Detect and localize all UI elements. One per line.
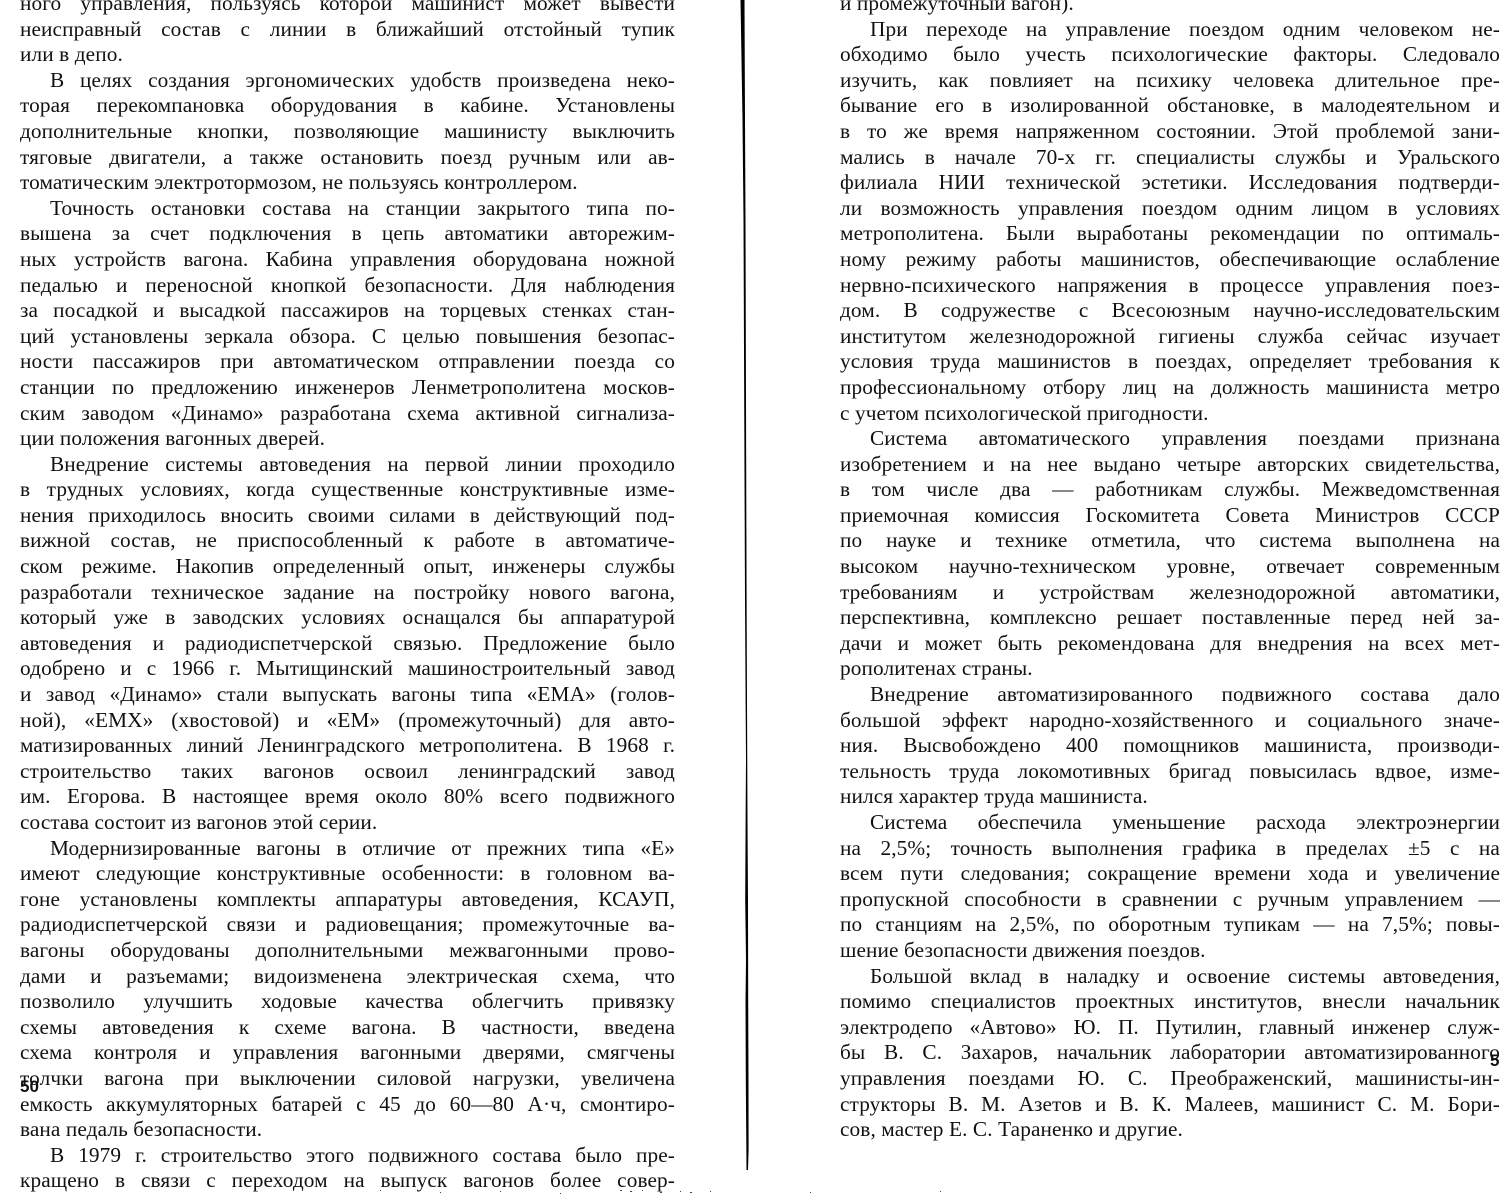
text-line: изобретением и на нее выдано четыре авто… bbox=[840, 452, 1500, 478]
text-line: При переходе на управление поездом одним… bbox=[840, 17, 1500, 43]
text-line: Внедрение автоматизированного подвижного… bbox=[840, 682, 1500, 708]
text-line: управления поездами Ю. С. Преображенский… bbox=[840, 1066, 1500, 1092]
text-line: схемы автоведения к схеме вагона. В част… bbox=[20, 1015, 675, 1041]
text-line: ному режиму работы машинистов, обеспечив… bbox=[840, 247, 1500, 273]
text-line: нервно-психического напряжения в процесс… bbox=[840, 273, 1500, 299]
text-line: перспективна, комплексно решает поставле… bbox=[840, 605, 1500, 631]
text-line: ния. Высвобождено 400 помощников машинис… bbox=[840, 733, 1500, 759]
text-line: всем пути следования; сокращение времени… bbox=[840, 861, 1500, 887]
text-line: Система обеспечила уменьшение расхода эл… bbox=[840, 810, 1500, 836]
text-line: одобрено и с 1966 г. Мытищинский машинос… bbox=[20, 656, 675, 682]
text-line: Точность остановки состава на станции за… bbox=[20, 196, 675, 222]
text-line: институтом железнодорожной гигиены служб… bbox=[840, 324, 1500, 350]
text-line: дами и разъемами; видоизменена электриче… bbox=[20, 964, 675, 990]
text-line: или в депо. bbox=[20, 42, 675, 68]
text-line: рополитенах страны. bbox=[840, 656, 1500, 682]
text-line: вижной состав, не приспособленный к рабо… bbox=[20, 528, 675, 554]
book-spine-gutter bbox=[740, 0, 750, 1200]
text-line: томатическим электротормозом, не пользуя… bbox=[20, 170, 675, 196]
text-line: в то же время напряженном состоянии. Это… bbox=[840, 119, 1500, 145]
text-line: ли возможность управления поездом одним … bbox=[840, 196, 1500, 222]
right-page-number: 5 bbox=[1490, 1051, 1499, 1071]
text-line: позволило улучшить ходовые качества обле… bbox=[20, 989, 675, 1015]
text-line: тяговые двигатели, а также остановить по… bbox=[20, 145, 675, 171]
text-line: и промежуточный вагон). bbox=[840, 0, 1500, 17]
text-line: ском режиме. Накопив определенный опыт, … bbox=[20, 554, 675, 580]
text-line: приемочная комиссия Госкомитета Совета М… bbox=[840, 503, 1500, 529]
text-line: с учетом психологической пригодности. bbox=[840, 401, 1500, 427]
text-line: по станциям на 2,5%, по оборотным тупика… bbox=[840, 912, 1500, 938]
text-line: ной), «ЕМХ» (хвостовой) и «ЕМ» (промежут… bbox=[20, 708, 675, 734]
text-line: шение безопасности движения поездов. bbox=[840, 938, 1500, 964]
text-line: толчки вагона при выключении силовой наг… bbox=[20, 1066, 675, 1092]
text-line: ных устройств вагона. Кабина управления … bbox=[20, 247, 675, 273]
text-line: вышена за счет подключения в цепь автома… bbox=[20, 221, 675, 247]
text-line: радиодиспетчерской связи и радиовещания;… bbox=[20, 912, 675, 938]
text-line: Система автоматического управления поезд… bbox=[840, 426, 1500, 452]
text-line: на 2,5%; точность выполнения графика в п… bbox=[840, 836, 1500, 862]
scan-noise bbox=[380, 1180, 1140, 1200]
text-line: нился характер труда машиниста. bbox=[840, 784, 1500, 810]
text-line: метрополитена. Были выработаны рекоменда… bbox=[840, 221, 1500, 247]
text-line: по науке и технике отметила, что система… bbox=[840, 528, 1500, 554]
text-line: автоведения и радиодиспетчерской связью.… bbox=[20, 631, 675, 657]
text-line: ций установлены зеркала обзора. С целью … bbox=[20, 324, 675, 350]
text-line: условия труда машинистов в поездах, опре… bbox=[840, 349, 1500, 375]
text-line: емкость аккумуляторных батарей с 45 до 6… bbox=[20, 1092, 675, 1118]
text-line: станции по предложению инженеров Ленметр… bbox=[20, 375, 675, 401]
text-line: Большой вклад в наладку и освоение систе… bbox=[840, 964, 1500, 990]
left-page-number: 50 bbox=[20, 1077, 39, 1097]
left-page: ного управления, пользуясь которой машин… bbox=[20, 0, 675, 1194]
text-line: в трудных условиях, когда существенные к… bbox=[20, 477, 675, 503]
text-line: неисправный состав с линии в ближайший о… bbox=[20, 17, 675, 43]
text-line: требованиям и устройствам железнодорожно… bbox=[840, 580, 1500, 606]
text-line: гоне установлены комплекты аппаратуры ав… bbox=[20, 887, 675, 913]
text-line: нения приходилось вносить своими силами … bbox=[20, 503, 675, 529]
text-line: в том числе два — работникам службы. Меж… bbox=[840, 477, 1500, 503]
text-line: филиала НИИ технической эстетики. Исслед… bbox=[840, 170, 1500, 196]
text-line: пропускной способности в сравнении с руч… bbox=[840, 887, 1500, 913]
text-line: матизированных линий Ленинградского метр… bbox=[20, 733, 675, 759]
text-line: дом. В содружестве с Всесоюзным научно-и… bbox=[840, 298, 1500, 324]
text-line: сов, мастер Е. С. Тараненко и другие. bbox=[840, 1117, 1500, 1143]
text-line: вана педаль безопасности. bbox=[20, 1117, 675, 1143]
right-page: и промежуточный вагон).При переходе на у… bbox=[840, 0, 1500, 1143]
text-line: Модернизированные вагоны в отличие от пр… bbox=[20, 836, 675, 862]
text-line: Внедрение системы автоведения на первой … bbox=[20, 452, 675, 478]
text-line: тельность труда локомотивных бригад повы… bbox=[840, 759, 1500, 785]
text-line: мались в начале 70-х гг. специалисты слу… bbox=[840, 145, 1500, 171]
text-line: дополнительные кнопки, позволяющие машин… bbox=[20, 119, 675, 145]
text-line: В целях создания эргономических удобств … bbox=[20, 68, 675, 94]
text-line: структоры В. М. Азетов и В. К. Малеев, м… bbox=[840, 1092, 1500, 1118]
text-line: им. Егорова. В настоящее время около 80%… bbox=[20, 784, 675, 810]
text-line: электродепо «Автово» Ю. П. Путилин, глав… bbox=[840, 1015, 1500, 1041]
text-line: обходимо было учесть психологические фак… bbox=[840, 42, 1500, 68]
text-line: изучить, как повлияет на психику человек… bbox=[840, 68, 1500, 94]
text-line: имеют следующие конструктивные особеннос… bbox=[20, 861, 675, 887]
text-line: разработали техническое задание на постр… bbox=[20, 580, 675, 606]
text-line: бы В. С. Захаров, начальник лаборатории … bbox=[840, 1040, 1500, 1066]
text-line: состава состоит из вагонов этой серии. bbox=[20, 810, 675, 836]
text-line: и завод «Динамо» стали выпускать вагоны … bbox=[20, 682, 675, 708]
text-line: ции положения вагонных дверей. bbox=[20, 426, 675, 452]
text-line: профессиональному отбору лиц на должност… bbox=[840, 375, 1500, 401]
text-line: ного управления, пользуясь которой машин… bbox=[20, 0, 675, 17]
text-line: помимо специалистов проектных институтов… bbox=[840, 989, 1500, 1015]
text-line: дачи и может быть рекомендована для внед… bbox=[840, 631, 1500, 657]
text-line: В 1979 г. строительство этого подвижного… bbox=[20, 1143, 675, 1169]
text-line: который уже в заводских условиях оснащал… bbox=[20, 605, 675, 631]
text-line: высоком научно-техническом уровне, отвеч… bbox=[840, 554, 1500, 580]
text-line: вагоны оборудованы дополнительными межва… bbox=[20, 938, 675, 964]
text-line: строительство таких вагонов освоил ленин… bbox=[20, 759, 675, 785]
text-line: педалью и переносной кнопкой безопасност… bbox=[20, 273, 675, 299]
text-line: бывание его в изолированной обстановке, … bbox=[840, 93, 1500, 119]
text-line: торая перекомпановка оборудования в каби… bbox=[20, 93, 675, 119]
text-line: ности пассажиров при автоматическом отпр… bbox=[20, 349, 675, 375]
text-line: ским заводом «Динамо» разработана схема … bbox=[20, 401, 675, 427]
text-line: схема контроля и управления вагонными дв… bbox=[20, 1040, 675, 1066]
text-line: за посадкой и высадкой пассажиров на тор… bbox=[20, 298, 675, 324]
text-line: большой эффект народно-хозяйственного и … bbox=[840, 708, 1500, 734]
